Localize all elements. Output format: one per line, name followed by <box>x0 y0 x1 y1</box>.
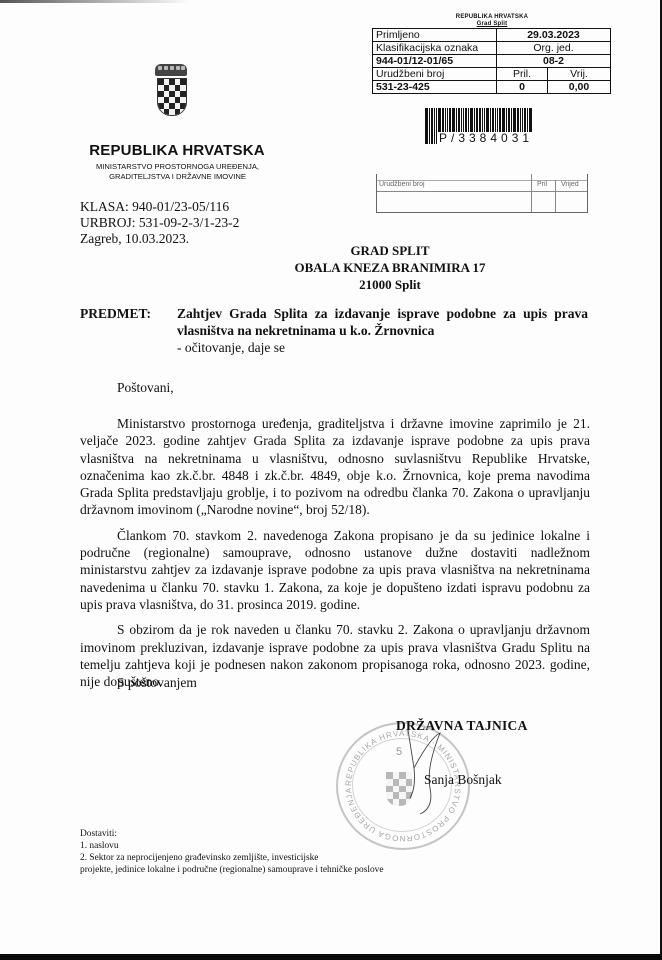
stamp-label: Urudžbeni broj <box>373 68 497 81</box>
stamp-org-unit: 08-2 <box>497 55 611 68</box>
barcode-icon: P/3384031 <box>425 108 565 144</box>
stamp-label: Klasifikacijska oznaka <box>373 42 497 55</box>
stamp-city: Grad Split <box>372 21 612 28</box>
crown-icon <box>155 64 187 76</box>
signer-name: Sanja Bošnjak <box>424 772 502 788</box>
reference-block: KLASA: 940-01/23-05/116 URBROJ: 531-09-2… <box>80 199 239 247</box>
stamp-classification: 944-01/12-01/65 <box>373 55 497 68</box>
distribution-item: projekte, jedinice lokalne i područne (r… <box>80 864 384 876</box>
croatian-coat-of-arms-icon <box>155 64 187 120</box>
stamp-attachments: 0 <box>497 81 548 94</box>
barcode-number: P/3384031 <box>437 132 535 144</box>
secondary-stamp: Urudžbeni broj Pril Vrijed <box>376 174 588 213</box>
greeting: Poštovani, <box>117 380 174 396</box>
stamp-country: REPUBLIKA HRVATSKA <box>372 14 612 21</box>
closing: S poštovanjem <box>117 675 197 691</box>
stamp-label: Vrij. <box>548 68 611 81</box>
stamp-registry-number: 531-23-425 <box>373 81 497 94</box>
addressee-name: GRAD SPLIT <box>290 242 490 259</box>
secondary-stamp-label: Vrijed <box>561 181 579 188</box>
signer-title: DRŽAVNA TAJNICA <box>396 718 528 734</box>
letterhead-ministry: MINISTARSTVO PROSTORNOGA UREĐENJA, GRADI… <box>70 162 285 182</box>
addressee-block: GRAD SPLIT OBALA KNEZA BRANIMIRA 17 2100… <box>290 242 490 293</box>
scan-edge-shadow <box>0 0 190 3</box>
subject-block: PREDMET: Zahtjev Grada Splita za izdavan… <box>80 305 588 356</box>
letterhead-country: REPUBLIKA HRVATSKA <box>82 142 272 159</box>
place-date: Zagreb, 10.03.2023. <box>80 231 239 247</box>
secondary-stamp-label: Urudžbeni broj <box>379 181 425 188</box>
stamp-label: Primljeno <box>373 29 497 42</box>
document-page: REPUBLIKA HRVATSKA Grad Split Primljeno … <box>0 0 662 954</box>
stamp-label: Pril. <box>497 68 548 81</box>
urbroj: URBROJ: 531-09-2-3/1-23-2 <box>80 215 239 231</box>
subject-label: PREDMET: <box>80 305 151 322</box>
distribution-item: 2. Sektor za neprocijenjeno građevinsko … <box>80 852 384 864</box>
letter-body: Ministarstvo prostornoga uređenja, gradi… <box>80 415 590 698</box>
receipt-stamp-header: REPUBLIKA HRVATSKA Grad Split <box>372 14 612 28</box>
addressee-city: 21000 Split <box>290 276 490 293</box>
klasa: KLASA: 940-01/23-05/116 <box>80 199 239 215</box>
stamp-value: 0,00 <box>548 81 611 94</box>
addressee-street: OBALA KNEZA BRANIMIRA 17 <box>290 259 490 276</box>
distribution-label: Dostaviti: <box>80 828 384 840</box>
subject-text: Zahtjev Grada Splita za izdavanje isprav… <box>177 305 588 339</box>
stamp-org-label: Org. jed. <box>497 42 611 55</box>
distribution-list: Dostaviti: 1. naslovu 2. Sektor za nepro… <box>80 828 384 876</box>
subject-note: - očitovanje, daje se <box>177 339 588 356</box>
scan-bottom-edge <box>0 954 662 960</box>
distribution-item: 1. naslovu <box>80 840 384 852</box>
secondary-stamp-label: Pril <box>537 181 547 188</box>
receipt-stamp: Primljeno 29.03.2023 Klasifikacijska ozn… <box>372 28 611 94</box>
checkerboard-shield-icon <box>157 78 187 116</box>
paragraph: Člankom 70. stavkom 2. navedenoga Zakona… <box>80 527 590 613</box>
stamp-received-date: 29.03.2023 <box>497 29 611 42</box>
paragraph: Ministarstvo prostornoga uređenja, gradi… <box>80 415 590 519</box>
